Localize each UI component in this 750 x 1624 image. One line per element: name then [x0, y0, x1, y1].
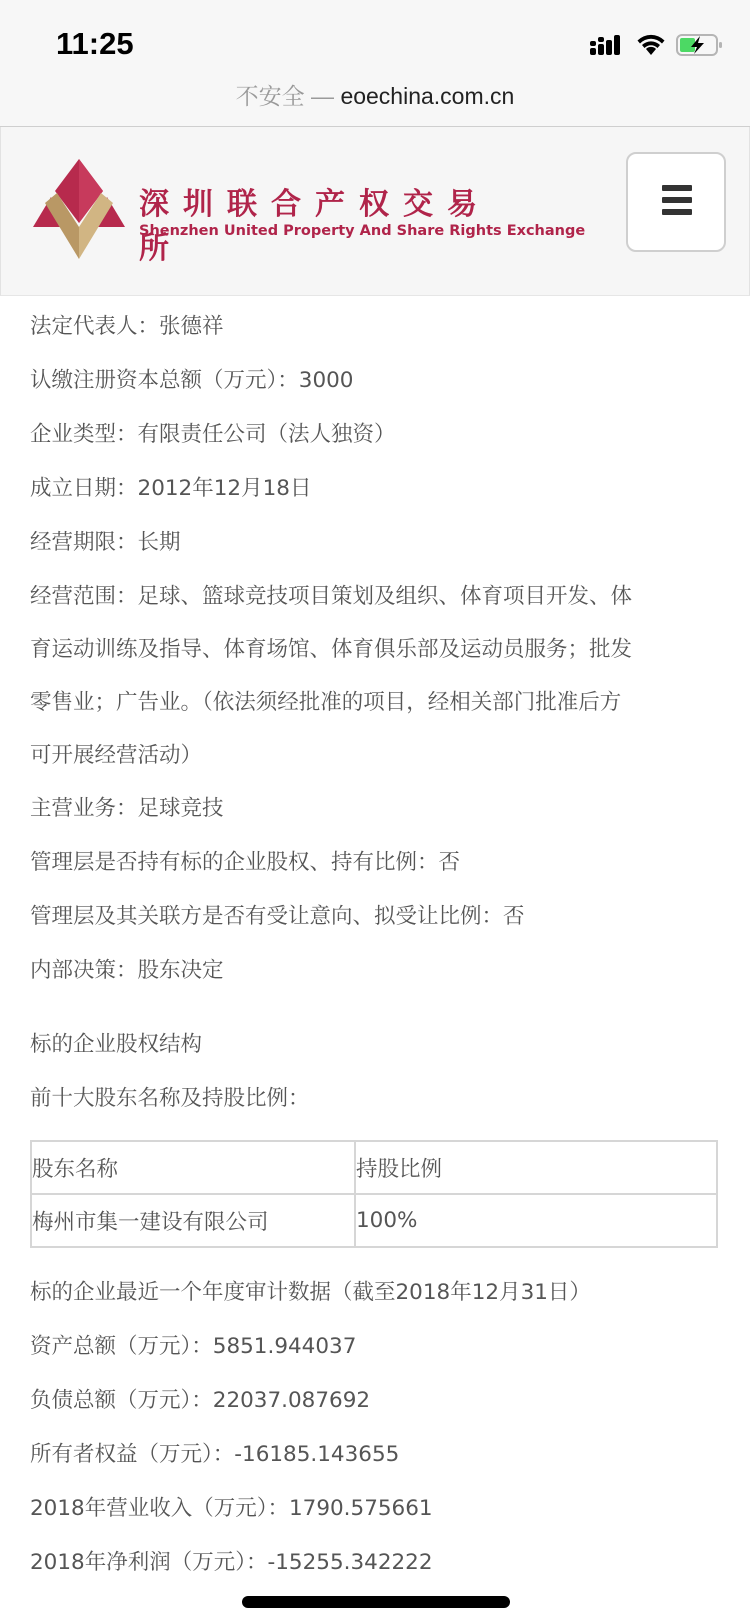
table-header-row: 股东名称 持股比例 [31, 1141, 717, 1194]
info-operating-term: 经营期限：长期 [30, 516, 720, 570]
menu-button[interactable] [626, 152, 726, 252]
site-header: 深圳联合产权交易所 Shenzhen United Property And S… [0, 127, 750, 296]
insecure-label: 不安全 — [236, 83, 334, 109]
top-shareholders-heading: 前十大股东名称及持股比例： [30, 1072, 720, 1126]
audit-revenue: 2018年营业收入（万元）：1790.575661 [30, 1482, 720, 1536]
column-header-name: 股东名称 [31, 1141, 355, 1194]
column-header-ratio: 持股比例 [355, 1141, 717, 1194]
project-details: 法定代表人：张德祥 认缴注册资本总额（万元）：3000 企业类型：有限责任公司（… [30, 300, 720, 1590]
info-established-date: 成立日期：2012年12月18日 [30, 462, 720, 516]
info-registered-capital: 认缴注册资本总额（万元）：3000 [30, 354, 720, 408]
address-bar[interactable]: 不安全 — eoechina.com.cn [0, 76, 750, 128]
audit-heading: 标的企业最近一个年度审计数据（截至2018年12月31日） [30, 1266, 720, 1320]
shareholder-table: 股东名称 持股比例 梅州市集一建设有限公司 100% [30, 1140, 718, 1248]
audit-total-liabilities: 负债总额（万元）：22037.087692 [30, 1374, 720, 1428]
cellular-signal-icon [590, 33, 626, 57]
info-internal-decision: 内部决策：股东决定 [30, 944, 720, 998]
audit-net-profit: 2018年净利润（万元）：-15255.342222 [30, 1536, 720, 1590]
battery-charging-icon [676, 33, 724, 57]
audit-owners-equity: 所有者权益（万元）：-16185.143655 [30, 1428, 720, 1482]
shareholder-ratio: 100% [355, 1194, 717, 1247]
table-row: 梅州市集一建设有限公司 100% [31, 1194, 717, 1247]
url-host: eoechina.com.cn [340, 83, 514, 109]
status-icons [590, 30, 724, 60]
home-indicator[interactable] [242, 1596, 510, 1608]
info-business-scope: 经营范围：足球、篮球竞技项目策划及组织、体育项目开发、体 育运动训练及指导、体育… [30, 570, 710, 782]
audit-total-assets: 资产总额（万元）：5851.944037 [30, 1320, 720, 1374]
site-logo[interactable]: 深圳联合产权交易所 Shenzhen United Property And S… [31, 157, 491, 267]
info-company-type: 企业类型：有限责任公司（法人独资） [30, 408, 720, 462]
info-legal-rep: 法定代表人：张德祥 [30, 300, 720, 354]
wifi-icon [636, 33, 666, 57]
status-bar: 11:25 [0, 0, 750, 82]
info-management-holding: 管理层是否持有标的企业股权、持有比例：否 [30, 836, 720, 890]
logo-english-name: Shenzhen United Property And Share Right… [139, 223, 585, 239]
info-management-intent: 管理层及其关联方是否有受让意向、拟受让比例：否 [30, 890, 720, 944]
info-main-business: 主营业务：足球竞技 [30, 782, 720, 836]
shareholder-name: 梅州市集一建设有限公司 [31, 1194, 355, 1247]
equity-structure-heading: 标的企业股权结构 [30, 1018, 720, 1072]
logo-mark-icon [31, 157, 127, 261]
status-time: 11:25 [56, 26, 134, 62]
